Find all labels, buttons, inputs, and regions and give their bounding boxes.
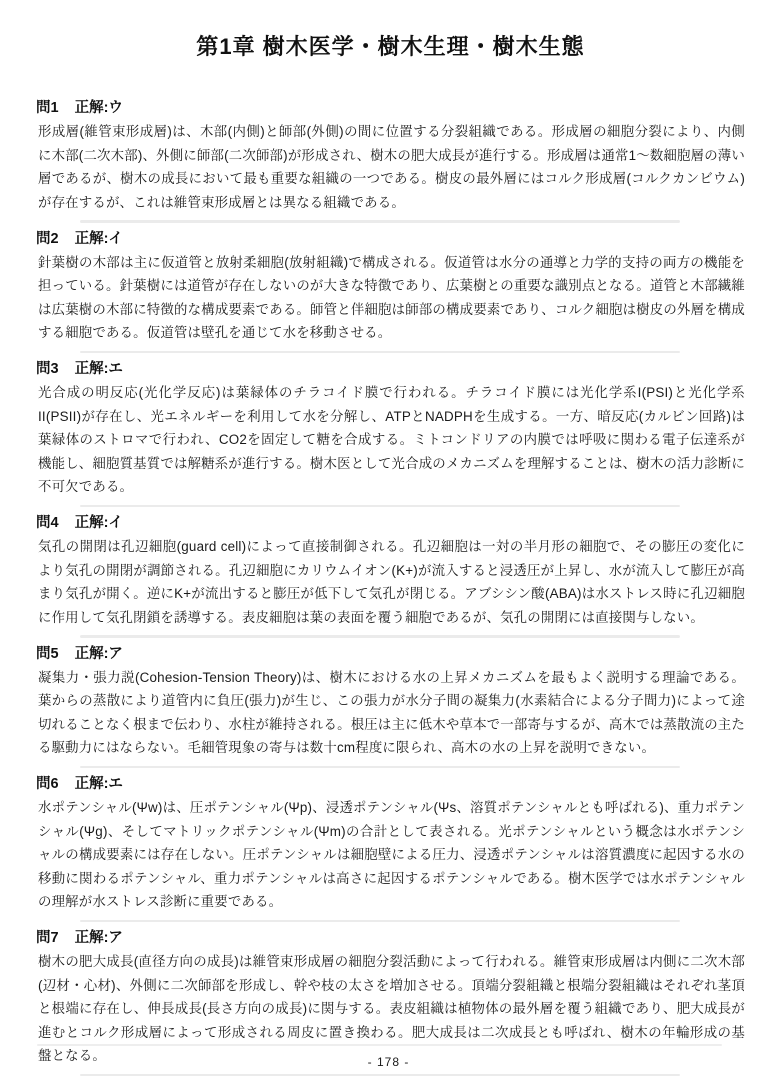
question-number: 問3 [36,361,59,377]
section-divider [80,505,680,508]
question-number: 問4 [36,515,59,531]
section-divider [80,1074,680,1077]
question-heading: 問7正解:ア [36,927,745,949]
question-number: 問6 [36,776,59,792]
question-section-1: 問1正解:ウ 形成層(維管束形成層)は、木部(内側)と師部(外側)の間に位置する… [36,97,745,223]
question-section-4: 問4正解:イ 気孔の開閉は孔辺細胞(guard cell)によって直接制御される… [36,512,745,638]
answer-label: 正解:ウ [75,100,123,116]
answer-label: 正解:イ [75,515,123,531]
page-number: - 178 - [0,1055,777,1069]
page-title: 第1章 樹木医学・樹木生理・樹木生態 [36,30,745,61]
section-divider [80,635,680,638]
question-number: 問2 [36,231,59,247]
question-heading: 問3正解:エ [36,358,745,380]
question-heading: 問6正解:エ [36,773,745,795]
explanation-text: 形成層(維管束形成層)は、木部(内側)と師部(外側)の間に位置する分裂組織である… [38,120,745,214]
explanation-text: 光合成の明反応(光化学反応)は葉緑体のチラコイド膜で行われる。チラコイド膜には光… [38,381,745,499]
answer-label: 正解:イ [75,231,123,247]
section-divider [80,766,680,769]
answer-label: 正解:エ [75,776,123,792]
answer-label: 正解:ア [75,646,123,662]
footer-divider [37,1044,722,1046]
question-number: 問5 [36,646,59,662]
section-divider [80,920,680,923]
question-section-7: 問7正解:ア 樹木の肥大成長(直径方向の成長)は維管束形成層の細胞分裂活動によっ… [36,927,745,1076]
explanation-text: 水ポテンシャル(Ψw)は、圧ポテンシャル(Ψp)、浸透ポテンシャル(Ψs、溶質ポ… [38,796,745,914]
explanation-text: 気孔の開閉は孔辺細胞(guard cell)によって直接制御される。孔辺細胞は一… [38,535,745,629]
explanation-text: 凝集力・張力説(Cohesion-Tension Theory)は、樹木における… [38,666,745,760]
question-heading: 問2正解:イ [36,228,745,250]
question-section-2: 問2正解:イ 針葉樹の木部は主に仮道管と放射柔細胞(放射組織)で構成される。仮道… [36,228,745,354]
question-heading: 問4正解:イ [36,512,745,534]
question-heading: 問5正解:ア [36,643,745,665]
question-number: 問7 [36,930,59,946]
question-section-5: 問5正解:ア 凝集力・張力説(Cohesion-Tension Theory)は… [36,643,745,769]
section-divider [80,220,680,223]
question-number: 問1 [36,100,59,116]
section-divider [80,351,680,354]
explanation-text: 樹木の肥大成長(直径方向の成長)は維管束形成層の細胞分裂活動によって行われる。維… [38,950,745,1068]
document-page: 第1章 樹木医学・樹木生理・樹木生態 問1正解:ウ 形成層(維管束形成層)は、木… [0,0,777,1080]
question-section-6: 問6正解:エ 水ポテンシャル(Ψw)は、圧ポテンシャル(Ψp)、浸透ポテンシャル… [36,773,745,922]
answer-label: 正解:ア [75,930,123,946]
question-section-3: 問3正解:エ 光合成の明反応(光化学反応)は葉緑体のチラコイド膜で行われる。チラ… [36,358,745,507]
question-heading: 問1正解:ウ [36,97,745,119]
explanation-text: 針葉樹の木部は主に仮道管と放射柔細胞(放射組織)で構成される。仮道管は水分の通導… [38,251,745,345]
answer-label: 正解:エ [75,361,123,377]
